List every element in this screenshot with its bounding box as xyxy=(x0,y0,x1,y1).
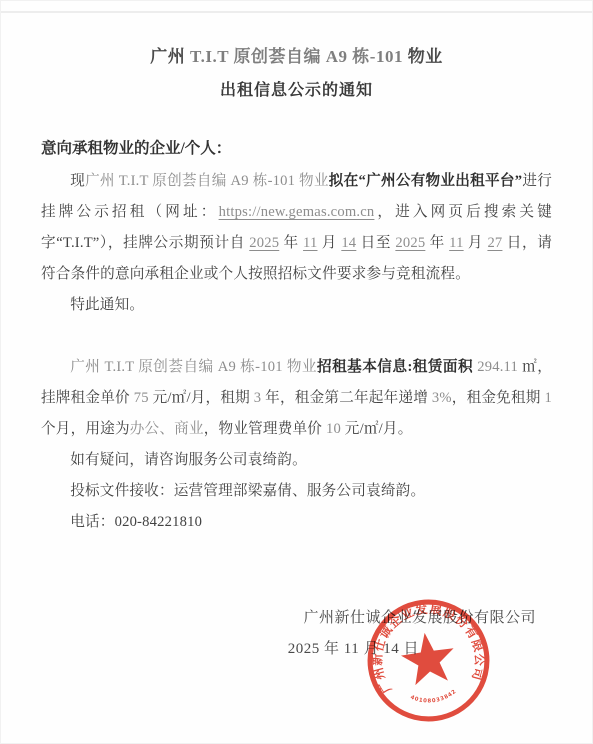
text-run: 2025 xyxy=(395,235,425,251)
url-link[interactable]: https://new.gemas.com.cn xyxy=(219,204,375,220)
text-run: 3% xyxy=(432,390,452,406)
paragraph: 特此通知。 xyxy=(41,290,552,321)
paragraph: 投标文件接收：运营管理部梁嘉倩、服务公司袁绮韵。 xyxy=(41,476,552,507)
text-run: 现 xyxy=(70,173,85,189)
text-run: 294.11 xyxy=(477,359,518,375)
text-run: 个月，用途为 xyxy=(41,421,130,437)
text-run: 广州 xyxy=(150,47,190,66)
text-run: 物业 xyxy=(403,47,443,66)
text-run: 投标文件接收：运营管理部梁嘉倩、服务公司袁绮韵。 xyxy=(70,483,425,499)
text-run: ，物业管理费单价 xyxy=(204,421,326,437)
text-run: 招租基本信息:租赁面积 xyxy=(317,359,477,375)
text-run: 月 xyxy=(464,235,488,251)
text-run: 11 xyxy=(303,235,317,251)
text-run: 年 xyxy=(279,235,303,251)
text-run: 年，租金第二年起年递增 xyxy=(261,390,432,406)
text-run: 日至 xyxy=(356,235,395,251)
text-run: 14 xyxy=(341,235,356,251)
text-run: 年 xyxy=(425,235,449,251)
text-run: 广州 T.I.T 原创荟自编 A9 栋-101 物业 xyxy=(70,359,317,375)
signature-company-name: 广州新仕诚企业发展股份有限公司 xyxy=(41,603,552,634)
paragraph: 广州 T.I.T 原创荟自编 A9 栋-101 物业招租基本信息:租赁面积 29… xyxy=(41,352,552,445)
document-page: 广州 T.I.T 原创荟自编 A9 栋-101 物业 出租信息公示的通知 意向承… xyxy=(0,0,593,744)
paragraphs: 现广州 T.I.T 原创荟自编 A9 栋-101 物业拟在“广州公有物业出租平台… xyxy=(41,166,552,538)
page-top-edge xyxy=(1,11,592,13)
text-run: 11 xyxy=(449,235,463,251)
text-run: 办公、商业 xyxy=(130,421,204,437)
text-run: 元/㎡/月。 xyxy=(341,421,413,437)
text-run: 广州 T.I.T 原创荟自编 A9 栋-101 物业 xyxy=(85,173,329,189)
text-run: 拟在“广州公有物业出租平台” xyxy=(329,173,522,189)
document-title-line2: 出租信息公示的通知 xyxy=(41,80,552,102)
signature-date: 2025 年 11 月 14 日 xyxy=(41,634,552,665)
text-run: 如有疑问，请咨询服务公司袁绮韵。 xyxy=(70,452,307,468)
text-run: 电话：020-84221810 xyxy=(70,514,202,530)
signature-block: 广州新仕诚企业发展股份有限公司 2025 年 11 月 14 日 xyxy=(41,603,552,665)
text-run: ，租金免租期 xyxy=(452,390,545,406)
text-run: 1 xyxy=(544,390,552,406)
text-run: 2025 xyxy=(249,235,279,251)
text-run: 月 xyxy=(318,235,342,251)
paragraph: 电话：020-84221810 xyxy=(41,507,552,538)
paragraph: 如有疑问，请咨询服务公司袁绮韵。 xyxy=(41,445,552,476)
document-content: 广州 T.I.T 原创荟自编 A9 栋-101 物业 出租信息公示的通知 意向承… xyxy=(1,1,592,665)
text-run: 27 xyxy=(487,235,502,251)
text-run: 元/㎡/月，租期 xyxy=(149,390,254,406)
text-run: T.I.T 原创荟自编 A9 栋-101 xyxy=(190,47,403,66)
salutation: 意向承租物业的企业/个人： xyxy=(41,138,552,160)
paragraph: 现广州 T.I.T 原创荟自编 A9 栋-101 物业拟在“广州公有物业出租平台… xyxy=(41,166,552,290)
text-run: 特此通知。 xyxy=(70,297,144,313)
text-run: 75 xyxy=(134,390,149,406)
text-run: 10 xyxy=(326,421,341,437)
